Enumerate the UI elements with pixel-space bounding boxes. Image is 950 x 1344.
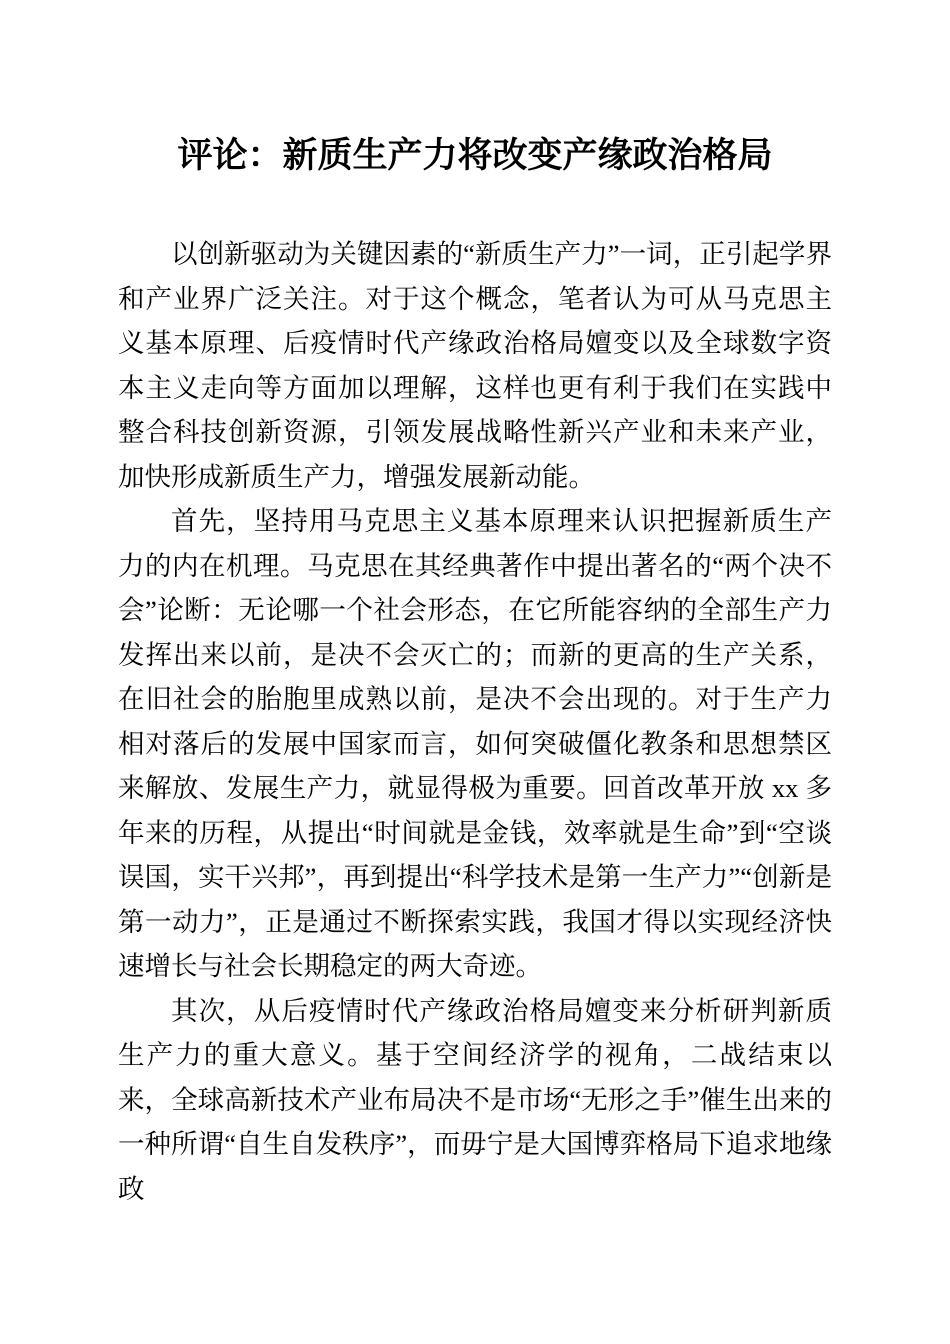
document-body: 以创新驱动为关键因素的“新质生产力”一词，正引起学界和产业界广泛关注。对于这个概… [118, 232, 832, 1211]
paragraph-2: 首先，坚持用马克思主义基本原理来认识把握新质生产力的内在机理。马克思在其经典著作… [118, 499, 832, 989]
paragraph-3: 其次，从后疫情时代产缘政治格局嬗变来分析研判新质生产力的重大意义。基于空间经济学… [118, 989, 832, 1212]
paragraph-1: 以创新驱动为关键因素的“新质生产力”一词，正引起学界和产业界广泛关注。对于这个概… [118, 232, 832, 499]
document-page: 评论：新质生产力将改变产缘政治格局 以创新驱动为关键因素的“新质生产力”一词，正… [0, 0, 950, 1344]
document-title: 评论：新质生产力将改变产缘政治格局 [118, 134, 832, 178]
